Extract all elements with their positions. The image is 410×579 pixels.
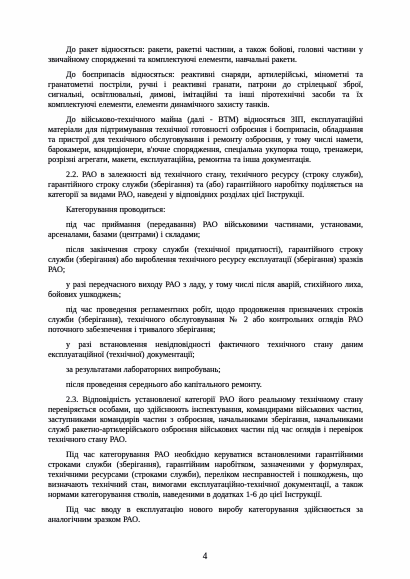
paragraph-2-2: 2.2. РАО в залежності від технічного ста… [48,170,363,200]
paragraph-categorization-case-1: під час приймання (передавання) РАО війс… [48,220,363,240]
paragraph-military-technical-property: До військово-технічного майна (далі - ВТ… [48,115,363,165]
document-page: До ракет відносяться: ракети, ракетні ча… [0,0,410,579]
paragraph-categorization-guidance: Під час категорування РАО необхідно керу… [48,450,363,500]
paragraph-categorization-case-2: після закінчення строку служби (технічно… [48,245,363,275]
paragraph-new-product: Під час вводу в експлуатацію нового виро… [48,505,363,525]
paragraph-categorization-heading: Категорування проводиться: [48,205,363,215]
paragraph-categorization-case-7: після проведення середнього або капіталь… [48,380,363,390]
paragraph-rockets: До ракет відносяться: ракети, ракетні ча… [48,45,363,65]
paragraph-categorization-case-6: за результатами лабораторних випробувань… [48,365,363,375]
paragraph-ammunition: До боєприпасів відносяться: реактивні сн… [48,70,363,110]
paragraph-categorization-case-4: під час проведення регламентних робіт, щ… [48,305,363,335]
paragraph-categorization-case-3: у разі передчасного виходу РАО з ладу, у… [48,280,363,300]
paragraph-2-3: 2.3. Відповідність установленої категорі… [48,395,363,445]
paragraph-categorization-case-5: у разі встановлення невідповідності факт… [48,340,363,360]
page-number: 4 [0,551,410,561]
document-body: До ракет відносяться: ракети, ракетні ча… [48,45,363,530]
